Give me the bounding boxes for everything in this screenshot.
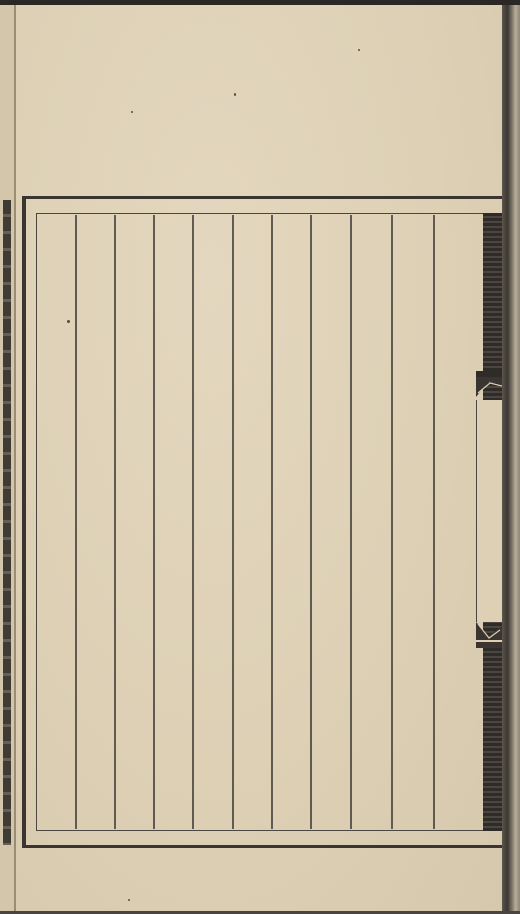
column-rule-line xyxy=(310,215,312,829)
column-rule-line xyxy=(391,215,393,829)
column-rule-line xyxy=(232,215,234,829)
paper-speck xyxy=(128,899,130,901)
page-stack-edge xyxy=(502,5,520,911)
paper-speck xyxy=(131,111,133,113)
column-rule-line xyxy=(350,215,352,829)
inner-border-frame xyxy=(36,213,486,831)
paper-speck xyxy=(358,49,360,51)
paper-speck xyxy=(67,320,70,323)
column-rule-line xyxy=(75,215,77,829)
column-rule-line xyxy=(192,215,194,829)
fishtail-bottom-icon xyxy=(476,622,502,648)
previous-page-sliver xyxy=(0,5,15,911)
column-rule-line xyxy=(271,215,273,829)
block-center-blank-panel xyxy=(476,400,502,622)
previous-page-frame-strip xyxy=(3,200,11,845)
column-rule-line xyxy=(433,215,435,829)
paper-speck xyxy=(234,93,236,96)
column-rule-line xyxy=(114,215,116,829)
fishtail-top-icon xyxy=(476,371,502,397)
column-rule-line xyxy=(153,215,155,829)
